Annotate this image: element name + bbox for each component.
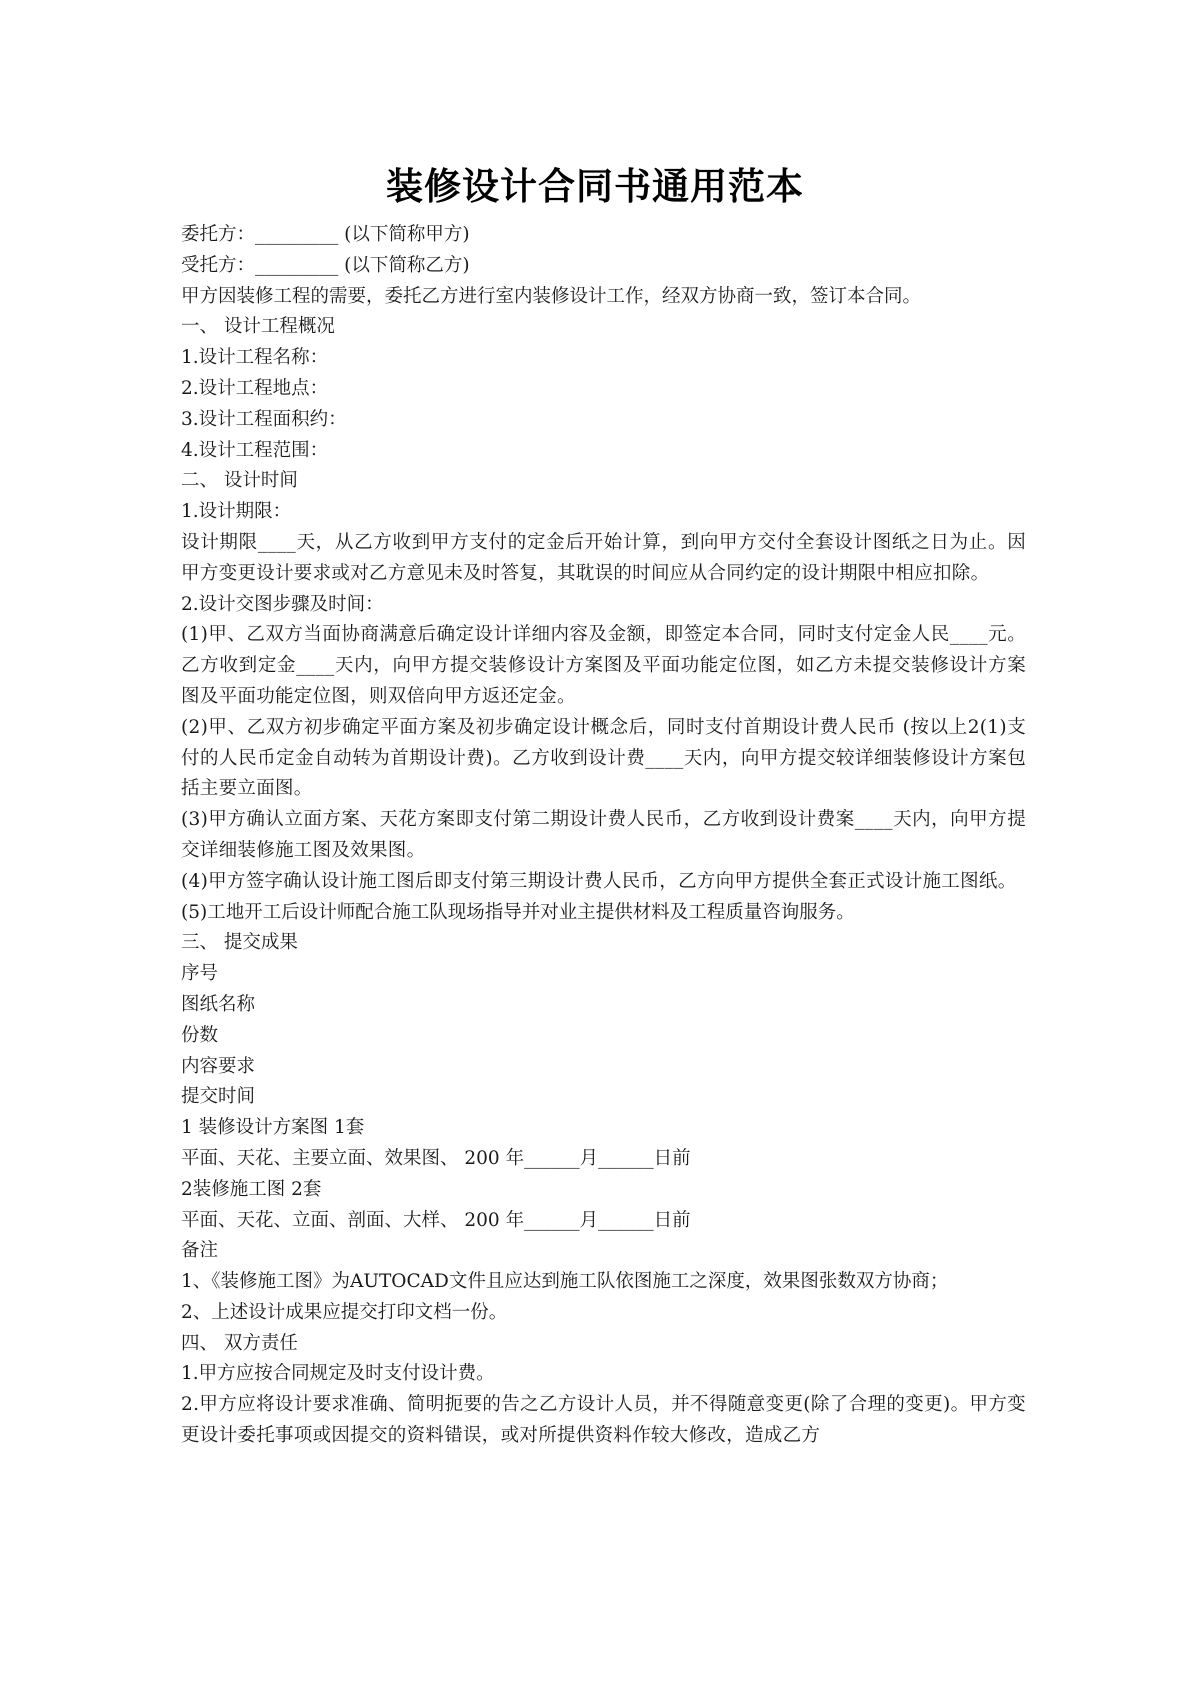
responsibility-item-2: 2.甲方应将设计要求准确、简明扼要的告之乙方设计人员，并不得随意变更(除了合理的… bbox=[181, 1390, 1026, 1452]
table-header-requirements: 内容要求 bbox=[181, 1052, 1026, 1083]
drawing-step-3: (3)甲方确认立面方案、天花方案即支付第二期设计费人民币，乙方收到设计费案___… bbox=[181, 805, 1026, 867]
section-heading-responsibilities: 四、 双方责任 bbox=[181, 1329, 1026, 1360]
overview-item-area: 3.设计工程面积约： bbox=[181, 405, 1026, 436]
note-1: 1、《装修施工图》为AUTOCAD文件且应达到施工队依图施工之深度，效果图张数双… bbox=[181, 1267, 1026, 1298]
note-2: 2、上述设计成果应提交打印文档一份。 bbox=[181, 1298, 1026, 1329]
design-period-paragraph: 设计期限____天，从乙方收到甲方支付的定金后开始计算，到向甲方交付全套设计图纸… bbox=[181, 528, 1026, 590]
section-heading-overview: 一、 设计工程概况 bbox=[181, 312, 1026, 343]
deliverable-row-1-detail: 平面、天花、主要立面、效果图、 200 年______月______日前 bbox=[181, 1144, 1026, 1175]
deliverable-row-2-name: 2装修施工图 2套 bbox=[181, 1175, 1026, 1206]
deliverable-row-2-detail: 平面、天花、立面、剖面、大样、 200 年______月______日前 bbox=[181, 1206, 1026, 1237]
document-page: 装修设计合同书通用范本 委托方：_________ (以下简称甲方) 受托方：_… bbox=[0, 0, 1190, 1683]
intro-paragraph: 甲方因装修工程的需要，委托乙方进行室内装修设计工作，经双方协商一致，签订本合同。 bbox=[181, 282, 1026, 313]
drawing-step-2: (2)甲、乙双方初步确定平面方案及初步确定设计概念后，同时支付首期设计费人民币 … bbox=[181, 713, 1026, 805]
drawing-step-4: (4)甲方签字确认设计施工图后即支付第三期设计费人民币，乙方向甲方提供全套正式设… bbox=[181, 867, 1026, 898]
drawing-steps-title: 2.设计交图步骤及时间： bbox=[181, 590, 1026, 621]
overview-item-scope: 4.设计工程范围： bbox=[181, 436, 1026, 467]
client-party-line: 委托方：_________ (以下简称甲方) bbox=[181, 220, 1026, 251]
table-header-copies: 份数 bbox=[181, 1021, 1026, 1052]
section-heading-design-time: 二、 设计时间 bbox=[181, 466, 1026, 497]
document-title: 装修设计合同书通用范本 bbox=[0, 162, 1190, 212]
contractor-party-line: 受托方：_________ (以下简称乙方) bbox=[181, 251, 1026, 282]
overview-item-location: 2.设计工程地点： bbox=[181, 374, 1026, 405]
design-period-title: 1.设计期限： bbox=[181, 497, 1026, 528]
drawing-step-1: (1)甲、乙双方当面协商满意后确定设计详细内容及金额，即签定本合同，同时支付定金… bbox=[181, 620, 1026, 712]
responsibility-item-1: 1.甲方应按合同规定及时支付设计费。 bbox=[181, 1359, 1026, 1390]
document-body: 委托方：_________ (以下简称甲方) 受托方：_________ (以下… bbox=[181, 220, 1026, 1452]
table-header-drawing-name: 图纸名称 bbox=[181, 990, 1026, 1021]
overview-item-name: 1.设计工程名称： bbox=[181, 343, 1026, 374]
notes-heading: 备注 bbox=[181, 1236, 1026, 1267]
table-header-submit-time: 提交时间 bbox=[181, 1082, 1026, 1113]
section-heading-deliverables: 三、 提交成果 bbox=[181, 928, 1026, 959]
deliverable-row-1-name: 1 装修设计方案图 1套 bbox=[181, 1113, 1026, 1144]
drawing-step-5: (5)工地开工后设计师配合施工队现场指导并对业主提供材料及工程质量咨询服务。 bbox=[181, 898, 1026, 929]
table-header-no: 序号 bbox=[181, 959, 1026, 990]
